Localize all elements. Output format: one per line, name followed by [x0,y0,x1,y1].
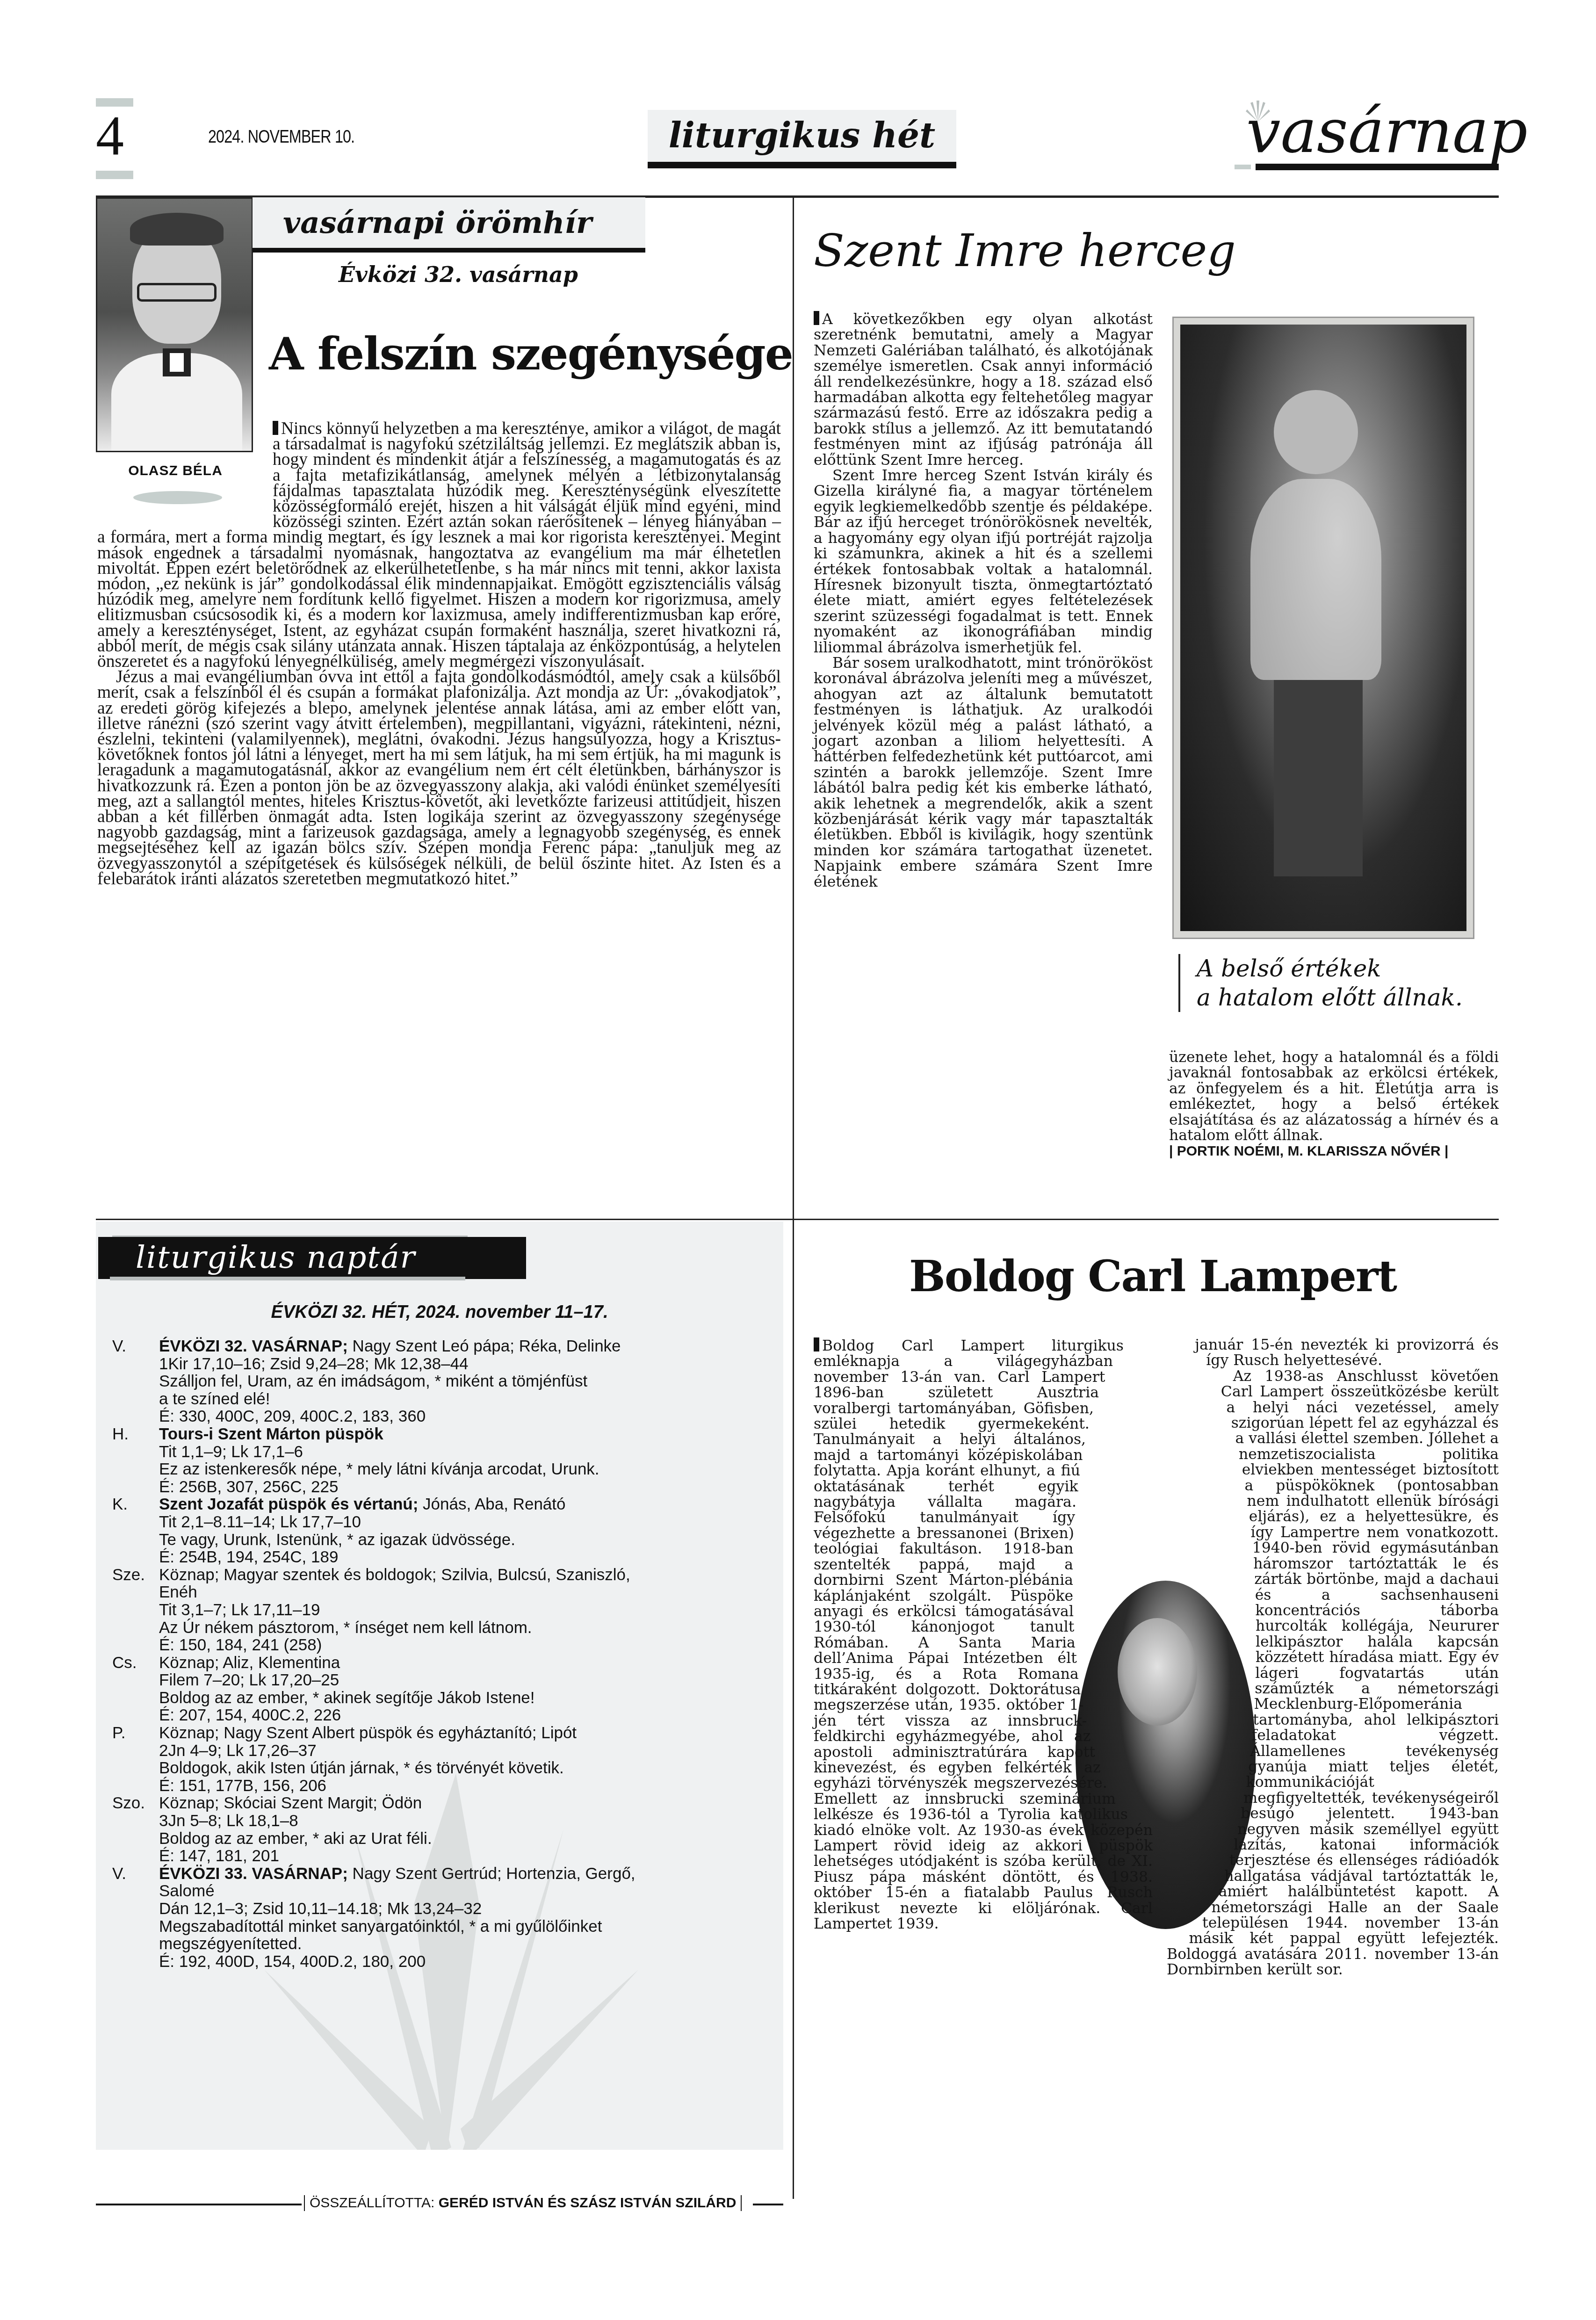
feast-line: Szent Jozafát püspök és vértanú; Jónás, … [159,1496,566,1513]
feast-bold: ÉVKÖZI 33. VASÁRNAP; [159,1865,348,1883]
feast-line: Köznap; Aliz, Klementina [159,1654,535,1672]
pull-quote: A belső értékek a hatalom előtt állnak. [1178,954,1463,1012]
reading-line: Tit 3,1–7; Lk 17,11–19 [159,1601,630,1619]
calendar-credit: ÖSSZEÁLLÍTOTTA: GERÉD ISTVÁN ÉS SZÁSZ IS… [96,2197,783,2211]
calendar-day: K.Szent Jozafát püspök és vértanú; Jónás… [112,1496,767,1566]
article-body: A következőkben egy olyan alkotást szere… [814,311,1153,890]
article-body: Nincs könnyű helyzetben a ma keresztényе… [97,421,781,887]
feast-rest: Köznap; Aliz, Klementina [159,1654,340,1672]
feast-line: Köznap; Skóciai Szent Margit; Ödön [159,1794,432,1812]
reading-line: a te színed elé! [159,1390,621,1408]
day-content: Köznap; Skóciai Szent Margit; Ödön3Jn 5–… [159,1794,432,1865]
reading-line: Boldogok, akik Isten útján járnak, * és … [159,1759,577,1777]
pull-quote-line: A belső értékek [1197,954,1463,983]
issue-date: 2024. NOVEMBER 10. [208,127,354,147]
section-header: liturgikus hét [648,110,956,168]
reading-line: Enéh [159,1583,630,1601]
reading-line: 3Jn 5–8; Lk 18,1–8 [159,1812,432,1830]
section-title: liturgikus hét [669,116,936,156]
author-photo [96,197,253,452]
credit-names: GERÉD ISTVÁN ÉS SZÁSZ ISTVÁN SZILÁRD [439,2195,737,2211]
page-number: 4 [96,108,124,164]
reading-line: É: 192, 400D, 154, 400D.2, 180, 200 [159,1953,636,1971]
day-content: Szent Jozafát püspök és vértanú; Jónás, … [159,1496,566,1566]
weekday-abbr: Cs. [112,1654,159,1724]
feast-rest: Köznap; Nagy Szent Albert püspök és egyh… [159,1724,577,1742]
initial-bar [273,421,278,435]
credit-rule [753,2204,783,2205]
feast-rest: Jónás, Aba, Renátó [418,1495,565,1513]
weekday-abbr: V. [112,1865,159,1971]
feast-line: Köznap; Magyar szentek és boldogok; Szil… [159,1566,630,1584]
liturgical-day: Évközi 32. vasárnap [262,262,655,287]
reading-line: Megszabadítottál minket sanyargatóinktól… [159,1918,636,1936]
reading-line: Ez az istenkeresők népe, * mely látni kí… [159,1460,599,1478]
reading-line: Tit 1,1–9; Lk 17,1–6 [159,1443,599,1461]
reading-line: É: 254B, 194, 254C, 189 [159,1548,566,1566]
initial-bar [814,1337,819,1352]
page-number-bar-bottom [96,171,133,179]
reading-line: É: 151, 177B, 156, 206 [159,1777,577,1795]
article-body-continued: üzenete lehet, hogy a hatalomnál és a fö… [1169,1050,1499,1159]
reading-line: megszégyenítetted. [159,1935,636,1953]
reading-line: É: 150, 184, 241 (258) [159,1636,630,1654]
newspaper-logo[interactable]: vasárnap [1246,98,1528,164]
article-title: Szent Imre herceg [814,224,1236,277]
feast-bold: ÉVKÖZI 32. VASÁRNAP; [159,1337,348,1355]
paragraph: január 15-én nevezték ki provizorrá és í… [1167,1337,1499,1369]
credit-label: ÖSSZEÁLLÍTOTTA: [310,2195,439,2211]
calendar-day: Szo.Köznap; Skóciai Szent Margit; Ödön3J… [112,1794,767,1865]
calendar-week: ÉVKÖZI 32. HÉT, 2024. november 11–17. [96,1302,783,1323]
kicker-text: vasárnapi örömhír [283,205,592,240]
weekday-abbr: K. [112,1496,159,1566]
feast-bold: Tours-i Szent Márton püspök [159,1425,383,1443]
reading-line: 2Jn 4–9; Lk 17,26–37 [159,1742,577,1760]
column-kicker: vasárnapi örömhír [253,197,645,253]
article-body-col1: Boldog Carl Lampert liturgikus emléknapj… [814,1337,1153,1932]
saint-imre-painting [1174,318,1473,938]
day-content: Köznap; Aliz, KlementinaFilem 7–20; Lk 1… [159,1654,535,1724]
logo-rule [1256,164,1499,170]
credit-text: ÖSSZEÁLLÍTOTTA: GERÉD ISTVÁN ÉS SZÁSZ IS… [304,2195,742,2211]
weekday-abbr: Sze. [112,1566,159,1654]
column-divider [793,197,794,2199]
reading-line: Boldog az az ember, * akinek segítője Já… [159,1689,535,1707]
photo-wrap-spacer [97,421,273,514]
paragraph: üzenete lehet, hogy a hatalomnál és a fö… [1169,1050,1499,1143]
reading-line: É: 147, 181, 201 [159,1847,432,1865]
reading-line: Salomé [159,1882,636,1900]
middle-rule [96,1219,1499,1220]
day-content: ÉVKÖZI 33. VASÁRNAP; Nagy Szent Gertrúd;… [159,1865,636,1971]
feast-bold: Szent Jozafát püspök és vértanú; [159,1495,418,1513]
calendar-header-accent [110,1277,465,1280]
day-content: Köznap; Nagy Szent Albert püspök és egyh… [159,1724,577,1794]
reading-line: Dán 12,1–3; Zsid 10,11–14.18; Mk 13,24–3… [159,1900,636,1918]
article-body-col2: január 15-én nevezték ki provizorrá és í… [1167,1337,1499,1978]
day-content: ÉVKÖZI 32. VASÁRNAP; Nagy Szent Leó pápa… [159,1337,621,1425]
day-content: Tours-i Szent Márton püspökTit 1,1–9; Lk… [159,1425,599,1496]
feast-line: ÉVKÖZI 33. VASÁRNAP; Nagy Szent Gertrúd;… [159,1865,636,1883]
calendar-header: liturgikus naptár [98,1237,526,1279]
paragraph: Szent Imre herceg Szent István király és… [814,468,1153,656]
article-title: A felszín szegénysége [269,327,793,380]
article-title: Boldog Carl Lampert [804,1251,1501,1301]
feast-rest: Köznap; Skóciai Szent Margit; Ödön [159,1794,422,1812]
calendar-day: Cs.Köznap; Aliz, KlementinaFilem 7–20; L… [112,1654,767,1724]
reading-line: É: 256B, 307, 256C, 225 [159,1478,599,1496]
credit-rule [96,2204,302,2205]
reading-line: Filem 7–20; Lk 17,20–25 [159,1671,535,1689]
reading-line: 1Kir 17,10–16; Zsid 9,24–28; Mk 12,38–44 [159,1355,621,1373]
reading-line: Az Úr nékem pásztorom, * ínséget nem kel… [159,1619,630,1637]
reading-line: É: 330, 400C, 209, 400C.2, 183, 360 [159,1408,621,1425]
calendar-title: liturgikus naptár [98,1237,526,1278]
feast-line: ÉVKÖZI 32. VASÁRNAP; Nagy Szent Leó pápa… [159,1337,621,1355]
paragraph: Bár sosem uralkodhatott, mint trónörökös… [814,656,1153,890]
weekday-abbr: Szo. [112,1794,159,1865]
reading-line: É: 207, 154, 400C.2, 226 [159,1706,535,1724]
paragraph-text: A következőkben egy olyan alkotást szere… [814,311,1153,469]
feast-rest: Nagy Szent Gertrúd; Hortenzia, Gergő, [348,1865,636,1883]
pull-quote-line: a hatalom előtt állnak. [1197,983,1463,1012]
weekday-abbr: H. [112,1425,159,1496]
initial-bar [814,311,819,325]
calendar-day: V.ÉVKÖZI 33. VASÁRNAP; Nagy Szent Gertrú… [112,1865,767,1971]
feast-line: Köznap; Nagy Szent Albert püspök és egyh… [159,1724,577,1742]
weekday-abbr: P. [112,1724,159,1794]
day-content: Köznap; Magyar szentek és boldogok; Szil… [159,1566,630,1654]
feast-rest: Nagy Szent Leó pápa; Réka, Delinke [348,1337,621,1355]
feast-line: Tours-i Szent Márton püspök [159,1425,599,1443]
paragraph: Jézus a mai evangéliumban óvva int ettől… [97,669,781,887]
reading-line: Szálljon fel, Uram, az én imádságom, * m… [159,1373,621,1390]
weekday-abbr: V. [112,1337,159,1425]
reading-line: Tit 2,1–8.11–14; Lk 17,7–10 [159,1513,566,1531]
calendar-day: V.ÉVKÖZI 32. VASÁRNAP; Nagy Szent Leó pá… [112,1337,767,1425]
calendar-day: Sze.Köznap; Magyar szentek és boldogok; … [112,1566,767,1654]
feast-rest: Köznap; Magyar szentek és boldogok; Szil… [159,1566,630,1584]
byline: | PORTIK NOÉMI, M. KLARISSZA NŐVÉR | [1169,1143,1499,1159]
calendar-day: P.Köznap; Nagy Szent Albert püspök és eg… [112,1724,767,1794]
calendar-day-list: V.ÉVKÖZI 32. VASÁRNAP; Nagy Szent Leó pá… [112,1337,767,1970]
reading-line: Boldog az az ember, * aki az Urat féli. [159,1830,432,1848]
calendar-day: H.Tours-i Szent Márton püspökTit 1,1–9; … [112,1425,767,1496]
logo-rule-accent [1235,165,1251,169]
reading-line: Te vagy, Urunk, Istenünk, * az igazak üd… [159,1531,566,1549]
paragraph: A következőkben egy olyan alkotást szere… [814,311,1153,468]
